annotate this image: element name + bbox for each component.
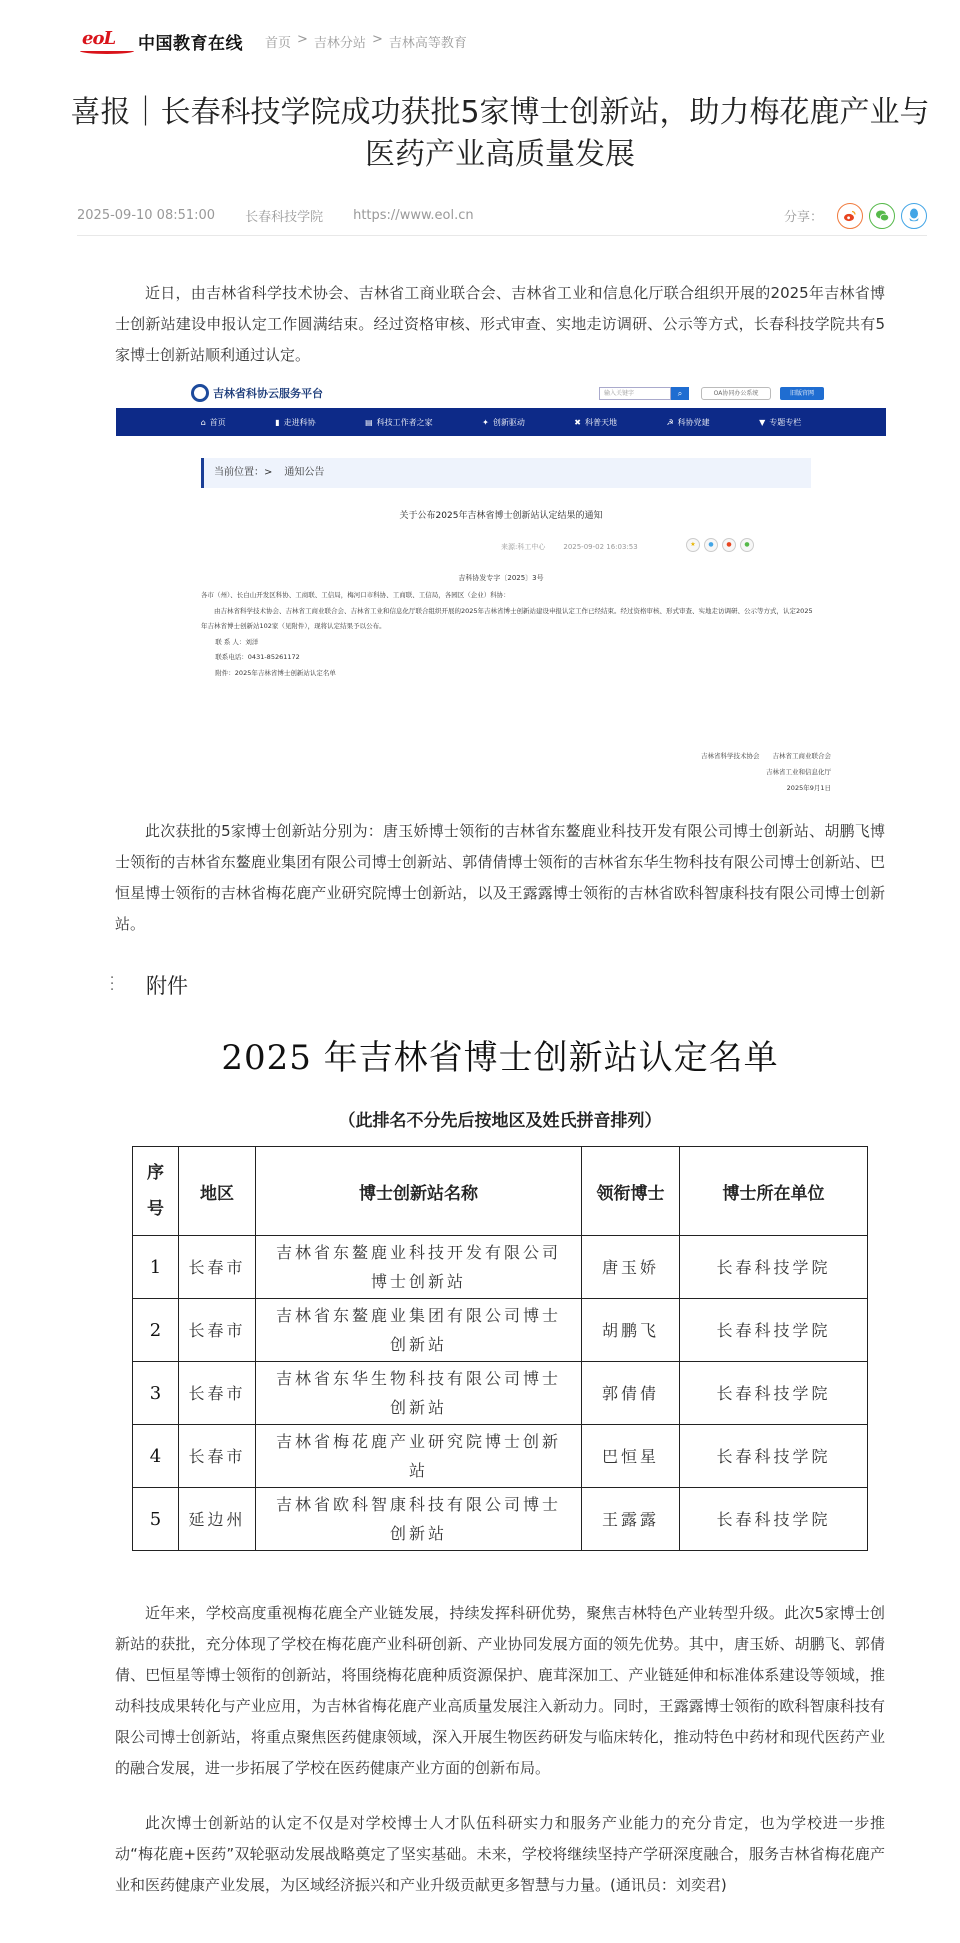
share-qq-button[interactable]	[901, 203, 927, 229]
party-icon: ☭	[666, 418, 673, 427]
breadcrumb: 首页 > 吉林分站 > 吉林高等教育	[265, 32, 467, 51]
qq-icon	[908, 208, 920, 223]
table-row: 3 长春市 吉林省东华生物科技有限公司博士创新站 郭倩倩 长春科技学院	[133, 1362, 868, 1425]
column-header: 博士创新站名称	[256, 1147, 582, 1236]
logo-text: 中国教育在线	[138, 29, 243, 54]
wechat-icon: ●	[740, 538, 754, 552]
drag-handle-icon: ···	[110, 976, 116, 994]
attachment-list-title: 2025 年吉林省博士创新站认定名单	[130, 1030, 870, 1079]
puzzle-icon: ✖	[574, 418, 581, 427]
column-header: 序号	[133, 1147, 179, 1236]
publish-time: 2025-09-10 08:51:00	[77, 208, 215, 223]
eol-logo-icon: eoL	[80, 26, 136, 56]
breadcrumb-separator: >	[372, 32, 383, 51]
embedded-old-site-button: 旧版官网	[780, 387, 824, 400]
embedded-search-input: 输入关键字	[599, 387, 671, 400]
embedded-notice-image: 吉林省科协云服务平台 输入关键字 ⌕ OA协同办公系统 旧版官网 ⌂首页 ▮走进…	[116, 378, 886, 798]
weibo-icon	[843, 209, 857, 223]
embedded-nav-item: ✦创新驱动	[482, 417, 525, 428]
book-icon: ▮	[275, 418, 279, 427]
embedded-notice-title: 关于公布2025年吉林省博士创新站认定结果的通知	[116, 508, 886, 521]
approval-list-table: 序号 地区 博士创新站名称 领衔博士 博士所在单位 1 长春市 吉林省东鳌鹿业科…	[132, 1146, 868, 1551]
embedded-nav-bar: ⌂首页 ▮走进科协 ▤科技工作者之家 ✦创新驱动 ✖科普天地 ☭科协党建 ▼专题…	[116, 408, 886, 436]
embedded-nav-item: ▼专题专栏	[759, 417, 801, 428]
article-source: 长春科技学院	[245, 206, 323, 225]
breadcrumb-higher-edu[interactable]: 吉林高等教育	[389, 32, 467, 51]
qq-icon: ●	[704, 538, 718, 552]
breadcrumb-separator: >	[297, 32, 308, 51]
share-weibo-button[interactable]	[837, 203, 863, 229]
article-paragraph: 此次博士创新站的认定不仅是对学校博士人才队伍科研实力和服务产业能力的充分肯定，也…	[115, 1808, 885, 1901]
site-header: eoL 中国教育在线 首页 > 吉林分站 > 吉林高等教育	[80, 26, 467, 56]
star-icon: ★	[686, 538, 700, 552]
bulb-icon: ✦	[482, 418, 489, 427]
embedded-nav-item: ▤科技工作者之家	[365, 417, 433, 428]
column-header: 博士所在单位	[680, 1147, 868, 1236]
breadcrumb-jilin[interactable]: 吉林分站	[314, 32, 366, 51]
article-meta: 2025-09-10 08:51:00 长春科技学院 https://www.e…	[77, 204, 927, 236]
embedded-site-header: 吉林省科协云服务平台 输入关键字 ⌕ OA协同办公系统 旧版官网	[116, 378, 886, 408]
embedded-oa-button: OA协同办公系统	[701, 387, 771, 400]
embedded-notice-meta: 来源:科工中心 2025-09-02 16:03:53	[501, 542, 638, 552]
table-row: 1 长春市 吉林省东鳌鹿业科技开发有限公司博士创新站 唐玉娇 长春科技学院	[133, 1236, 868, 1299]
embedded-nav-item: ☭科协党建	[666, 417, 709, 428]
source-url[interactable]: https://www.eol.cn	[353, 208, 474, 223]
column-header: 领衔博士	[582, 1147, 680, 1236]
bookmark-icon: ▼	[759, 418, 765, 427]
kexie-logo-icon	[191, 384, 209, 402]
wechat-icon	[875, 209, 890, 223]
share-label: 分享：	[784, 206, 823, 225]
article-title: 喜报｜长春科技学院成功获批5家博士创新站，助力梅花鹿产业与医药产业高质量发展	[70, 92, 930, 176]
search-icon: ⌕	[671, 387, 689, 400]
weibo-icon: ●	[722, 538, 736, 552]
attachment-heading: ··· 附件	[110, 970, 188, 1000]
embedded-location-bar: 当前位置：>通知公告	[201, 458, 811, 488]
embedded-nav-item: ✖科普天地	[574, 417, 617, 428]
table-row: 4 长春市 吉林省梅花鹿产业研究院博士创新站 巴恒星 长春科技学院	[133, 1425, 868, 1488]
article-paragraph: 近日，由吉林省科学技术协会、吉林省工商业联合会、吉林省工业和信息化厅联合组织开展…	[115, 278, 885, 371]
embedded-notice-signature: 吉林省科学技术协会 吉林省工商业联合会 吉林省工业和信息化厅 2025年9月1日	[651, 748, 831, 796]
embedded-doc-number: 吉科协发专字〔2025〕3号	[116, 573, 886, 583]
embedded-share-icons: ★ ● ● ●	[686, 538, 754, 552]
embedded-nav-item: ⌂首页	[201, 417, 226, 428]
embedded-notice-body: 各市（州）、长白山开发区科协、工商联、工信局，梅河口市科协、工商联、工信局，各园…	[201, 588, 816, 681]
home-icon: ⌂	[201, 418, 206, 427]
column-header: 地区	[179, 1147, 256, 1236]
article-paragraph: 近年来，学校高度重视梅花鹿全产业链发展，持续发挥科研优势，聚焦吉林特色产业转型升…	[115, 1598, 885, 1784]
breadcrumb-home[interactable]: 首页	[265, 32, 291, 51]
attachment-list-subtitle: （此排名不分先后按地区及姓氏拼音排列）	[130, 1106, 870, 1131]
site-logo[interactable]: eoL 中国教育在线	[80, 26, 243, 56]
embedded-site-logo: 吉林省科协云服务平台	[191, 384, 323, 402]
share-wechat-button[interactable]	[869, 203, 895, 229]
table-header-row: 序号 地区 博士创新站名称 领衔博士 博士所在单位	[133, 1147, 868, 1236]
share-bar: 分享：	[784, 203, 927, 229]
article-paragraph: 此次获批的5家博士创新站分别为：唐玉娇博士领衔的吉林省东鳌鹿业科技开发有限公司博…	[115, 816, 885, 940]
table-row: 5 延边州 吉林省欧科智康科技有限公司博士创新站 王露露 长春科技学院	[133, 1488, 868, 1551]
embedded-nav-item: ▮走进科协	[275, 417, 315, 428]
table-row: 2 长春市 吉林省东鳌鹿业集团有限公司博士创新站 胡鹏飞 长春科技学院	[133, 1299, 868, 1362]
building-icon: ▤	[365, 418, 373, 427]
